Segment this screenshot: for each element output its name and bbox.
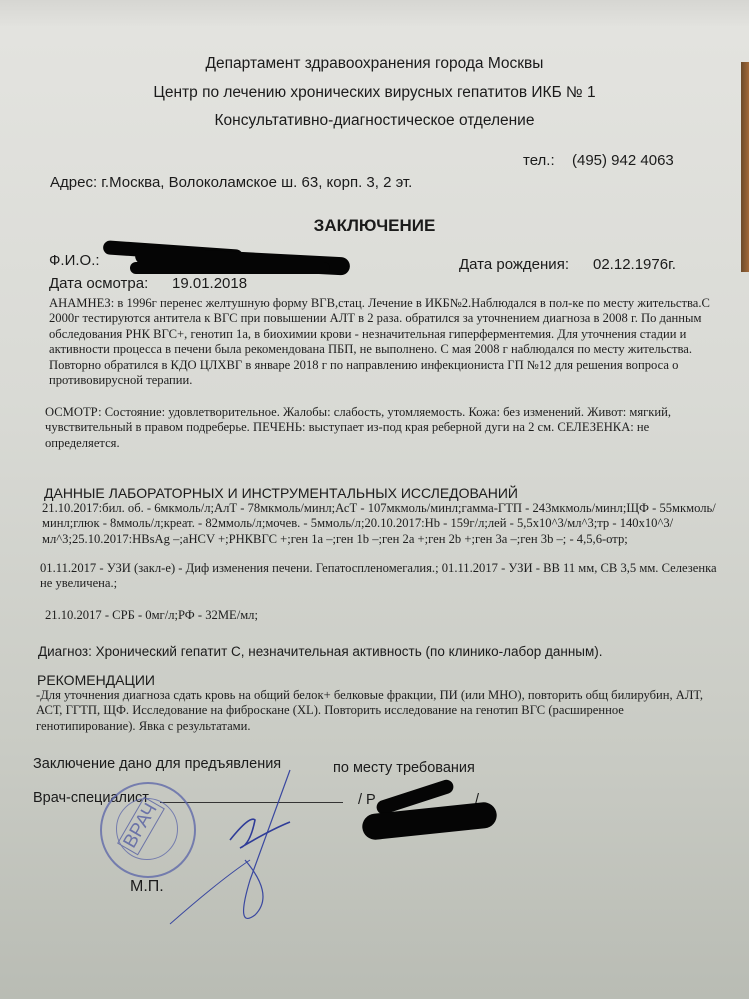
seal-label: М.П. (130, 878, 164, 896)
handwritten-signature (0, 0, 749, 999)
